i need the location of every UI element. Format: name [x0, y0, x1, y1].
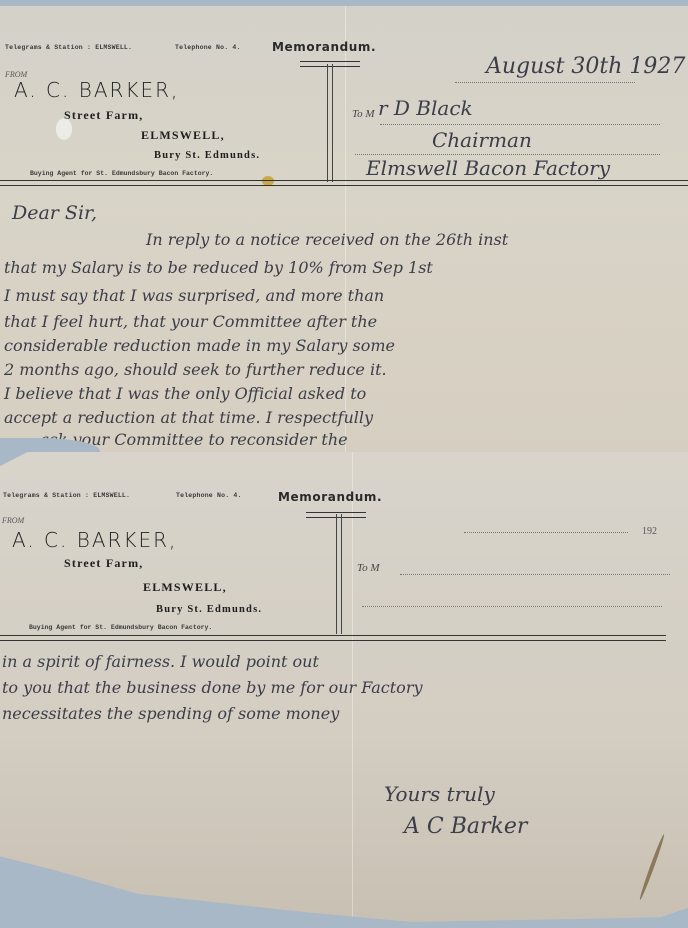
letterhead-telegrams: Telegrams & Station : ELMSWELL. [3, 492, 130, 499]
sender-address-line2: ELMSWELL, [143, 580, 227, 595]
to-label: To M [352, 108, 375, 120]
letterhead-title: Memorandum. [278, 490, 382, 504]
date-line [464, 532, 628, 533]
to-label: To M [357, 562, 380, 574]
letterhead-telegrams: Telegrams & Station : ELMSWELL. [5, 44, 132, 51]
torn-corner-mark [638, 833, 666, 900]
sender-address-line1: Street Farm, [64, 556, 143, 571]
body-line: that I feel hurt, that your Committee af… [4, 312, 377, 331]
body-line: In reply to a notice received on the 26t… [146, 230, 508, 249]
memo-sheet-page-1: Telegrams & Station : ELMSWELL. Telephon… [0, 6, 688, 456]
body-line: I believe that I was the only Official a… [4, 384, 366, 403]
sender-address-line3: Bury St. Edmunds. [156, 604, 262, 615]
salutation: Dear Sir, [12, 202, 97, 224]
letterhead-telephone: Telephone No. 4. [175, 44, 241, 51]
body-line: in a spirit of fairness. I would point o… [2, 652, 319, 671]
handwritten-recipient-org: Elmswell Bacon Factory [366, 156, 610, 180]
sender-address-line2: ELMSWELL, [141, 128, 225, 143]
letterhead-telephone: Telephone No. 4. [176, 492, 242, 499]
year-prefix: 192 [642, 526, 657, 537]
handwritten-recipient-title: Chairman [432, 128, 532, 152]
buying-agent-note: Buying Agent for St. Edmundsbury Bacon F… [30, 170, 213, 177]
body-line: accept a reduction at that time. I respe… [4, 408, 373, 427]
body-line: considerable reduction made in my Salary… [4, 336, 395, 355]
memo-sheet-page-2: Telegrams & Station : ELMSWELL. Telephon… [0, 452, 688, 922]
vertical-divider [327, 64, 333, 182]
signature: A C Barker [404, 814, 527, 839]
sender-name: A. C. BARKER, [14, 78, 179, 102]
letterhead-bottom-rule [0, 635, 666, 641]
sender-address-line1: Street Farm, [64, 108, 143, 123]
letterhead-bottom-rule [0, 180, 688, 186]
body-line: I must say that I was surprised, and mor… [4, 286, 384, 305]
recipient-line-1 [400, 574, 670, 575]
handwritten-date: August 30th 1927 [486, 54, 685, 79]
body-line: 2 months ago, should seek to further red… [4, 360, 387, 379]
paper-hole [56, 118, 72, 140]
from-label: FROM [2, 516, 24, 525]
date-line [455, 82, 635, 83]
buying-agent-note: Buying Agent for St. Edmundsbury Bacon F… [29, 624, 212, 631]
recipient-line-2 [355, 154, 660, 155]
letterhead-title: Memorandum. [272, 40, 376, 54]
sender-name: A. C. BARKER, [12, 528, 177, 552]
closing: Yours truly [384, 782, 495, 806]
handwritten-recipient-name: r D Black [378, 96, 473, 120]
recipient-line-2 [362, 606, 662, 607]
body-line: to you that the business done by me for … [2, 678, 423, 697]
sender-address-line3: Bury St. Edmunds. [154, 150, 260, 161]
vertical-divider [336, 514, 342, 634]
body-line: necessitates the spending of some money [2, 704, 339, 723]
recipient-line-1 [380, 124, 660, 125]
body-line: that my Salary is to be reduced by 10% f… [4, 258, 433, 277]
